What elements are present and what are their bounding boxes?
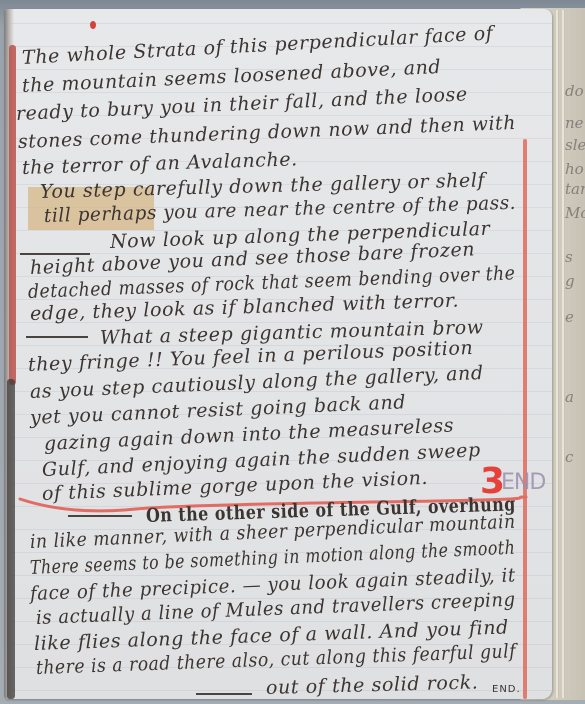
red-margin-line: [523, 139, 527, 699]
dark-binding-edge: [7, 379, 15, 699]
end-stamp: END: [501, 470, 545, 495]
dash-mark: [196, 693, 252, 695]
page-edge: [562, 10, 565, 698]
ghost-text: e: [565, 308, 585, 326]
dash-mark: [68, 515, 132, 517]
page-edge: [556, 10, 559, 698]
ghost-text: ho: [565, 160, 585, 178]
red-binding-edge: [9, 45, 16, 385]
ghost-text: do: [565, 82, 585, 100]
ghost-text: c: [565, 448, 585, 466]
ghost-text: a: [565, 388, 585, 406]
ghost-text: sle: [565, 136, 585, 154]
ghost-text: tar: [565, 180, 585, 198]
ghost-text: Mo: [565, 204, 585, 222]
dash-mark: [26, 336, 88, 338]
ghost-text: ne: [565, 114, 585, 132]
manuscript-page: The whole Strata of this perpendicular f…: [4, 9, 552, 699]
red-ink-spot: [90, 21, 96, 29]
ghost-text: g: [565, 272, 585, 290]
ghost-text: s: [565, 248, 585, 266]
end-mark: END.: [492, 684, 521, 695]
